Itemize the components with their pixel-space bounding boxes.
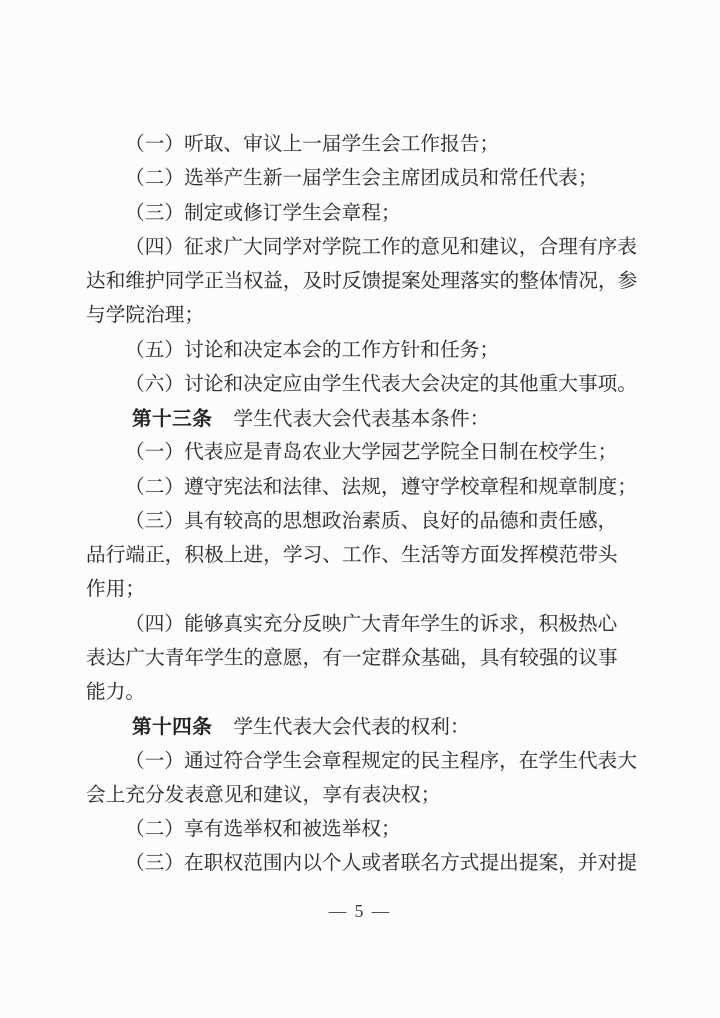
line-text: （四）征求广大同学对学院工作的意见和建议，合理有序表 [125, 237, 637, 258]
clause-number-label: 第十三条 [132, 408, 212, 430]
document-line: （三）在职权范围内以个人或者联名方式提出提案，并对提 [86, 847, 646, 881]
document-line: （二）享有选举权和被选举权； [86, 813, 646, 847]
document-line: 作用； [86, 573, 646, 607]
document-line: （四）征求广大同学对学院工作的意见和建议，合理有序表 [86, 231, 646, 265]
clause-heading-line: 第十四条学生代表大会代表的权利： [86, 710, 646, 744]
line-text: 学生代表大会代表的权利： [233, 717, 469, 738]
clause-heading-line: 第十三条学生代表大会代表基本条件： [86, 402, 646, 436]
document-line: （一）听取、审议上一届学生会工作报告； [86, 128, 646, 162]
document-line: （三）具有较高的思想政治素质、良好的品德和责任感， [86, 505, 646, 539]
document-line: （二）选举产生新一届学生会主席团成员和常任代表； [86, 162, 646, 196]
line-text: （二）选举产生新一届学生会主席团成员和常任代表； [125, 168, 598, 189]
line-text: （三）制定或修订学生会章程； [125, 203, 401, 224]
document-line: （四）能够真实充分反映广大青年学生的诉求，积极热心 [86, 608, 646, 642]
line-text: 作用； [86, 579, 145, 600]
line-text: （六）讨论和决定应由学生代表大会决定的其他重大事项。 [125, 374, 637, 395]
document-line: （一）通过符合学生会章程规定的民主程序，在学生代表大 [86, 745, 646, 779]
document-line: （二）遵守宪法和法律、法规，遵守学校章程和规章制度； [86, 471, 646, 505]
line-text: 学生代表大会代表基本条件： [233, 409, 489, 430]
footer-page-number: — 5 — [0, 901, 720, 922]
line-text: 达和维护同学正当权益，及时反馈提案处理落实的整体情况，参 [86, 271, 637, 292]
document-line: 品行端正，积极上进，学习、工作、生活等方面发挥模范带头 [86, 539, 646, 573]
document-line: 达和维护同学正当权益，及时反馈提案处理落实的整体情况，参 [86, 265, 646, 299]
document-line: （三）制定或修订学生会章程； [86, 197, 646, 231]
line-text: 能力。 [86, 682, 145, 703]
line-text: （四）能够真实充分反映广大青年学生的诉求，积极热心 [125, 614, 617, 635]
line-text: （五）讨论和决定本会的工作方针和任务； [125, 340, 499, 361]
line-text: （三）在职权范围内以个人或者联名方式提出提案，并对提 [125, 853, 637, 874]
document-line: （五）讨论和决定本会的工作方针和任务； [86, 334, 646, 368]
line-text: 品行端正，积极上进，学习、工作、生活等方面发挥模范带头 [86, 545, 618, 566]
line-text: （一）听取、审议上一届学生会工作报告； [125, 134, 499, 155]
line-text: 与学院治理； [86, 305, 204, 326]
document-line: 表达广大青年学生的意愿，有一定群众基础，具有较强的议事 [86, 642, 646, 676]
line-text: （二）享有选举权和被选举权； [125, 819, 401, 840]
line-text: （三）具有较高的思想政治素质、良好的品德和责任感， [125, 511, 617, 532]
line-text: （一）代表应是青岛农业大学园艺学院全日制在校学生； [125, 442, 617, 463]
line-text: 会上充分发表意见和建议，享有表决权； [86, 785, 441, 806]
document-line: 会上充分发表意见和建议，享有表决权； [86, 779, 646, 813]
line-text: （二）遵守宪法和法律、法规，遵守学校章程和规章制度； [125, 477, 637, 498]
line-text: （一）通过符合学生会章程规定的民主程序，在学生代表大 [125, 751, 637, 772]
document-content: （一）听取、审议上一届学生会工作报告；（二）选举产生新一届学生会主席团成员和常任… [86, 128, 646, 882]
document-line: 能力。 [86, 676, 646, 710]
scanned-document-page: （一）听取、审议上一届学生会工作报告；（二）选举产生新一届学生会主席团成员和常任… [0, 0, 720, 1018]
document-line: 与学院治理； [86, 299, 646, 333]
clause-number-label: 第十四条 [132, 716, 212, 738]
document-line: （一）代表应是青岛农业大学园艺学院全日制在校学生； [86, 436, 646, 470]
line-text: 表达广大青年学生的意愿，有一定群众基础，具有较强的议事 [86, 648, 618, 669]
document-line: （六）讨论和决定应由学生代表大会决定的其他重大事项。 [86, 368, 646, 402]
